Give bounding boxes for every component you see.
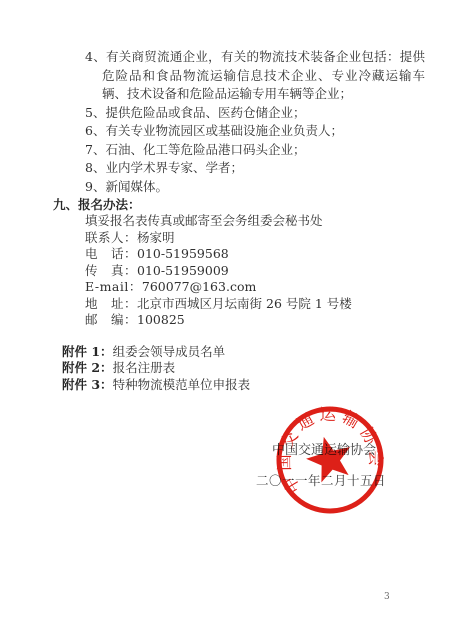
list-item: 9、新闻媒体。	[85, 178, 425, 197]
contact-row-address: 地 址：北京市西城区月坛南街 26 号院 1 号楼	[85, 296, 425, 313]
registration-intro: 填妥报名表传真或邮寄至会务组委会秘书处	[85, 213, 425, 230]
list-item: 7、石油、化工等危险品港口码头企业；	[85, 141, 425, 160]
section-heading: 九、报名办法：	[53, 197, 425, 214]
list-item-text: 新闻媒体。	[105, 179, 168, 194]
list-item: 6、有关专业物流园区或基础设施企业负责人；	[85, 122, 425, 141]
contact-label: E-mail：	[85, 279, 142, 294]
contact-value: 100825	[137, 312, 185, 327]
list-item-number: 6、	[85, 123, 105, 138]
list-item-text: 提供危险品或食品、医药仓储企业；	[105, 105, 305, 120]
attachment-list: 附件 1：组委会领导成员名单 附件 2：报名注册表 附件 3：特种物流模范单位申…	[62, 344, 425, 394]
attachment-label: 附件 3：	[62, 377, 113, 392]
attachment-label: 附件 1：	[62, 344, 113, 359]
section-heading-number: 九、	[53, 197, 78, 212]
contact-row-email: E-mail：760077@163.com	[85, 279, 425, 296]
numbered-list: 4、有关商贸流通企业，有关的物流技术装备企业包括：提供危险品和食品物流运输信息技…	[53, 48, 425, 196]
contact-row-phone: 电 话：010-51959568	[85, 246, 425, 263]
attachment-title: 报名注册表	[113, 360, 176, 375]
attachment-item: 附件 2：报名注册表	[62, 360, 425, 377]
list-item: 5、提供危险品或食品、医药仓储企业；	[85, 104, 425, 123]
contact-label: 传 真：	[85, 263, 137, 278]
contact-label: 邮 编：	[85, 312, 137, 327]
list-item-text: 有关商贸流通企业，有关的物流技术装备企业包括：提供危险品和食品物流运输信息技术企…	[102, 49, 425, 101]
list-item-number: 7、	[85, 142, 105, 157]
section-heading-text: 报名办法：	[78, 197, 141, 212]
contact-value: 杨家明	[137, 230, 175, 245]
list-item: 8、业内学术界专家、学者；	[85, 159, 425, 178]
contact-value: 010-51959009	[137, 263, 229, 278]
contact-row-person: 联系人：杨家明	[85, 230, 425, 247]
page-number: 3	[384, 592, 390, 602]
document-page: 4、有关商贸流通企业，有关的物流技术装备企业包括：提供危险品和食品物流运输信息技…	[0, 0, 454, 642]
contact-row-fax: 传 真：010-51959009	[85, 263, 425, 280]
seal-star-icon	[302, 431, 357, 485]
list-item: 4、有关商贸流通企业，有关的物流技术装备企业包括：提供危险品和食品物流运输信息技…	[85, 48, 425, 104]
contact-label: 地 址：	[85, 296, 137, 311]
list-item-text: 石油、化工等危险品港口码头企业；	[105, 142, 305, 157]
list-item-text: 有关专业物流园区或基础设施企业负责人；	[105, 123, 343, 138]
attachment-title: 组委会领导成员名单	[113, 344, 226, 359]
attachment-item: 附件 3：特种物流模范单位申报表	[62, 377, 425, 394]
attachment-title: 特种物流模范单位申报表	[113, 377, 251, 392]
attachment-label: 附件 2：	[62, 360, 113, 375]
document-body: 4、有关商贸流通企业，有关的物流技术装备企业包括：提供危险品和食品物流运输信息技…	[53, 48, 425, 393]
list-item-text: 业内学术界专家、学者；	[105, 160, 243, 175]
list-item-number: 4、	[85, 49, 106, 64]
contact-label: 联系人：	[85, 230, 137, 245]
contact-row-postcode: 邮 编：100825	[85, 312, 425, 329]
contact-value: 010-51959568	[137, 246, 229, 261]
list-item-number: 8、	[85, 160, 105, 175]
list-item-number: 5、	[85, 105, 105, 120]
contact-label: 电 话：	[85, 246, 137, 261]
list-item-number: 9、	[85, 179, 105, 194]
attachment-item: 附件 1：组委会领导成员名单	[62, 344, 425, 361]
official-seal-stamp-icon: 中国交通运输协会	[273, 403, 387, 517]
contact-value: 760077@163.com	[142, 279, 256, 294]
contact-value: 北京市西城区月坛南街 26 号院 1 号楼	[137, 296, 352, 311]
